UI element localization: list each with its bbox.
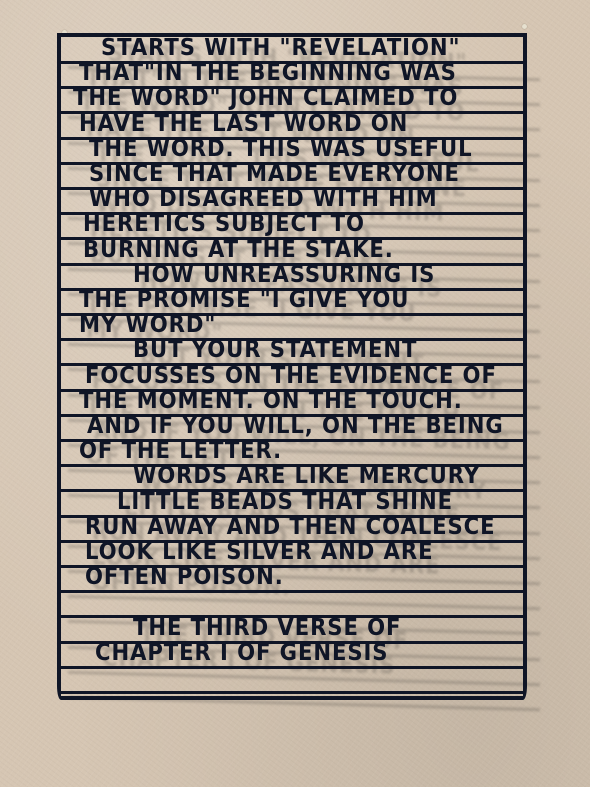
cut-text-line: WHO DISAGREED WItH HIM [89,188,438,211]
text-row: OFtEN PoISON. [61,566,523,593]
cut-text-line: BURNING At tHE StAKE. [83,239,394,262]
right-pin [522,24,527,29]
cut-text-line: HEREtICS SUBJECt to [83,213,365,236]
cut-text-line: SINCE tHAt MADE EVERYONE [89,163,460,186]
paper-cut-artwork: STARtS WItH "REVELAtION"tHAt"IN tHE BEGI… [57,33,527,700]
cut-text-line: OF tHE LEttER. [79,440,282,463]
cut-text-line: LIttLE BEADS tHAt SHINE [117,491,453,514]
cut-text-line: WORDS ARE LIKE MERCURY [133,465,480,488]
cut-text-line: tHE WORD" JOHN CLAIMED to [73,87,458,110]
cut-text-line: tHE PROMISE "I GIVE YOU [79,289,409,312]
cut-text-line: tHE WORD. tHIS WAS USEFUL [89,138,473,161]
text-row [61,667,523,694]
cut-text-line: FoCUSSES ON tHE EVIDENCE OF [85,365,497,388]
cut-text-line: MY WORD" [79,314,216,337]
cut-text-line: RUN AWAY AND tHEN COALESCE [85,516,496,539]
cut-text-line: LOOK LIKE SILVER AND ARE [85,541,433,564]
cut-text-line: OFtEN PoISON. [85,566,284,589]
cut-text-line: AND IF YOU WILL, ON tHE BEING [87,415,504,438]
cut-text-line: STARtS WItH "REVELAtION" [101,37,460,60]
cut-text-line: tHAt"IN tHE BEGINNING WAS [79,62,457,85]
cut-text-line: tHE MoMENt. ON tHE toUCH. [79,390,463,413]
cut-text-line: BUt YOUR StAtEMENt [133,339,417,362]
cut-text-line: CHAPtER I OF GENESIS [95,642,388,665]
cut-text-line: tHE tHIRD VERSE OF [133,617,401,640]
text-row: CHAPtER I OF GENESIS [61,642,523,669]
cut-text-line: HOW UNREASSURING IS [133,264,435,287]
cut-text-line: HAVE tHE LASt WORD ON [79,113,408,136]
